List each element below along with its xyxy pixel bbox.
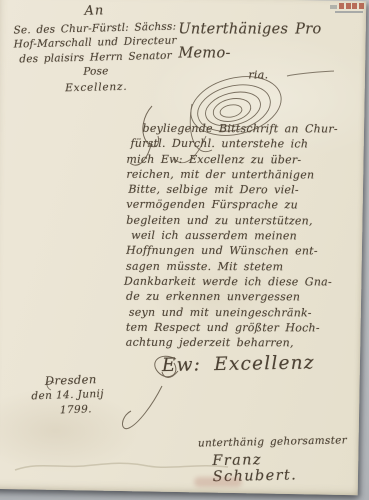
- body-line: Dankbarkeit werde ich diese Gna-: [124, 274, 360, 290]
- title-line: ria.: [248, 64, 358, 88]
- watermark-block: [359, 3, 364, 9]
- address-salutation: An: [4, 2, 184, 21]
- body-line: sagen müsste. Mit stetem: [126, 258, 360, 274]
- title-line: Unterthäniges Pro Memo-: [178, 22, 321, 62]
- valediction: unterthänig gehorsamster: [198, 432, 358, 451]
- watermark-block: [339, 3, 344, 9]
- body-line: beyliegende Bittschrift an Chur-: [143, 121, 361, 137]
- body-line: seyn und mit uneingeschränk-: [129, 304, 360, 320]
- body-line: weil ich ausserdem meinen: [131, 228, 360, 244]
- body-line: begleiten und zu unterstützen,: [126, 213, 360, 229]
- watermark-tick: [330, 5, 337, 9]
- dateline-year: 1799.: [60, 401, 142, 419]
- body-line: mich Ew: Excellenz zu über-: [126, 151, 360, 167]
- body-line: Hoffnungen und Wünschen ent-: [126, 243, 360, 259]
- dateline-block: Dresden den 14. Junij 1799.: [31, 371, 143, 420]
- pro-memoria-title: Unterthäniges Pro Memo- ria.: [178, 18, 358, 88]
- body-line: reichen, mit der unterthänigen: [126, 167, 360, 183]
- body-line: tem Respect und größter Hoch-: [126, 320, 360, 336]
- salutation: Ew: Excellenz: [162, 352, 352, 376]
- stock-watermark: [335, 3, 365, 17]
- body-line: fürstl. Durchl. unterstehe ich: [130, 136, 360, 152]
- watermark-underline: [335, 11, 363, 13]
- watermark-blocks: [339, 3, 365, 9]
- body-line: achtung jederzeit beharren,: [126, 335, 360, 351]
- body-line: Bitte, selbige mit Dero viel-: [128, 182, 360, 198]
- faded-stamp-smudge: [194, 477, 242, 487]
- address-line: des plaisirs Herrn Senator Pose: [5, 48, 186, 81]
- watermark-block: [352, 3, 357, 9]
- photographed-letter: An Se. des Chur-Fürstl: Sächss: Hof-Mars…: [0, 0, 369, 500]
- body-line: vermögenden Fürsprache zu: [126, 197, 360, 213]
- letter-body: beyliegende Bittschrift an Chur- fürstl.…: [126, 121, 361, 351]
- watermark-block: [346, 3, 351, 9]
- body-line: de zu erkennen unvergessen: [126, 289, 360, 305]
- address-line: Excellenz.: [6, 78, 186, 97]
- address-block: An Se. des Chur-Fürstl: Sächss: Hof-Mars…: [4, 2, 186, 96]
- letter-page: An Se. des Chur-Fürstl: Sächss: Hof-Mars…: [0, 0, 366, 495]
